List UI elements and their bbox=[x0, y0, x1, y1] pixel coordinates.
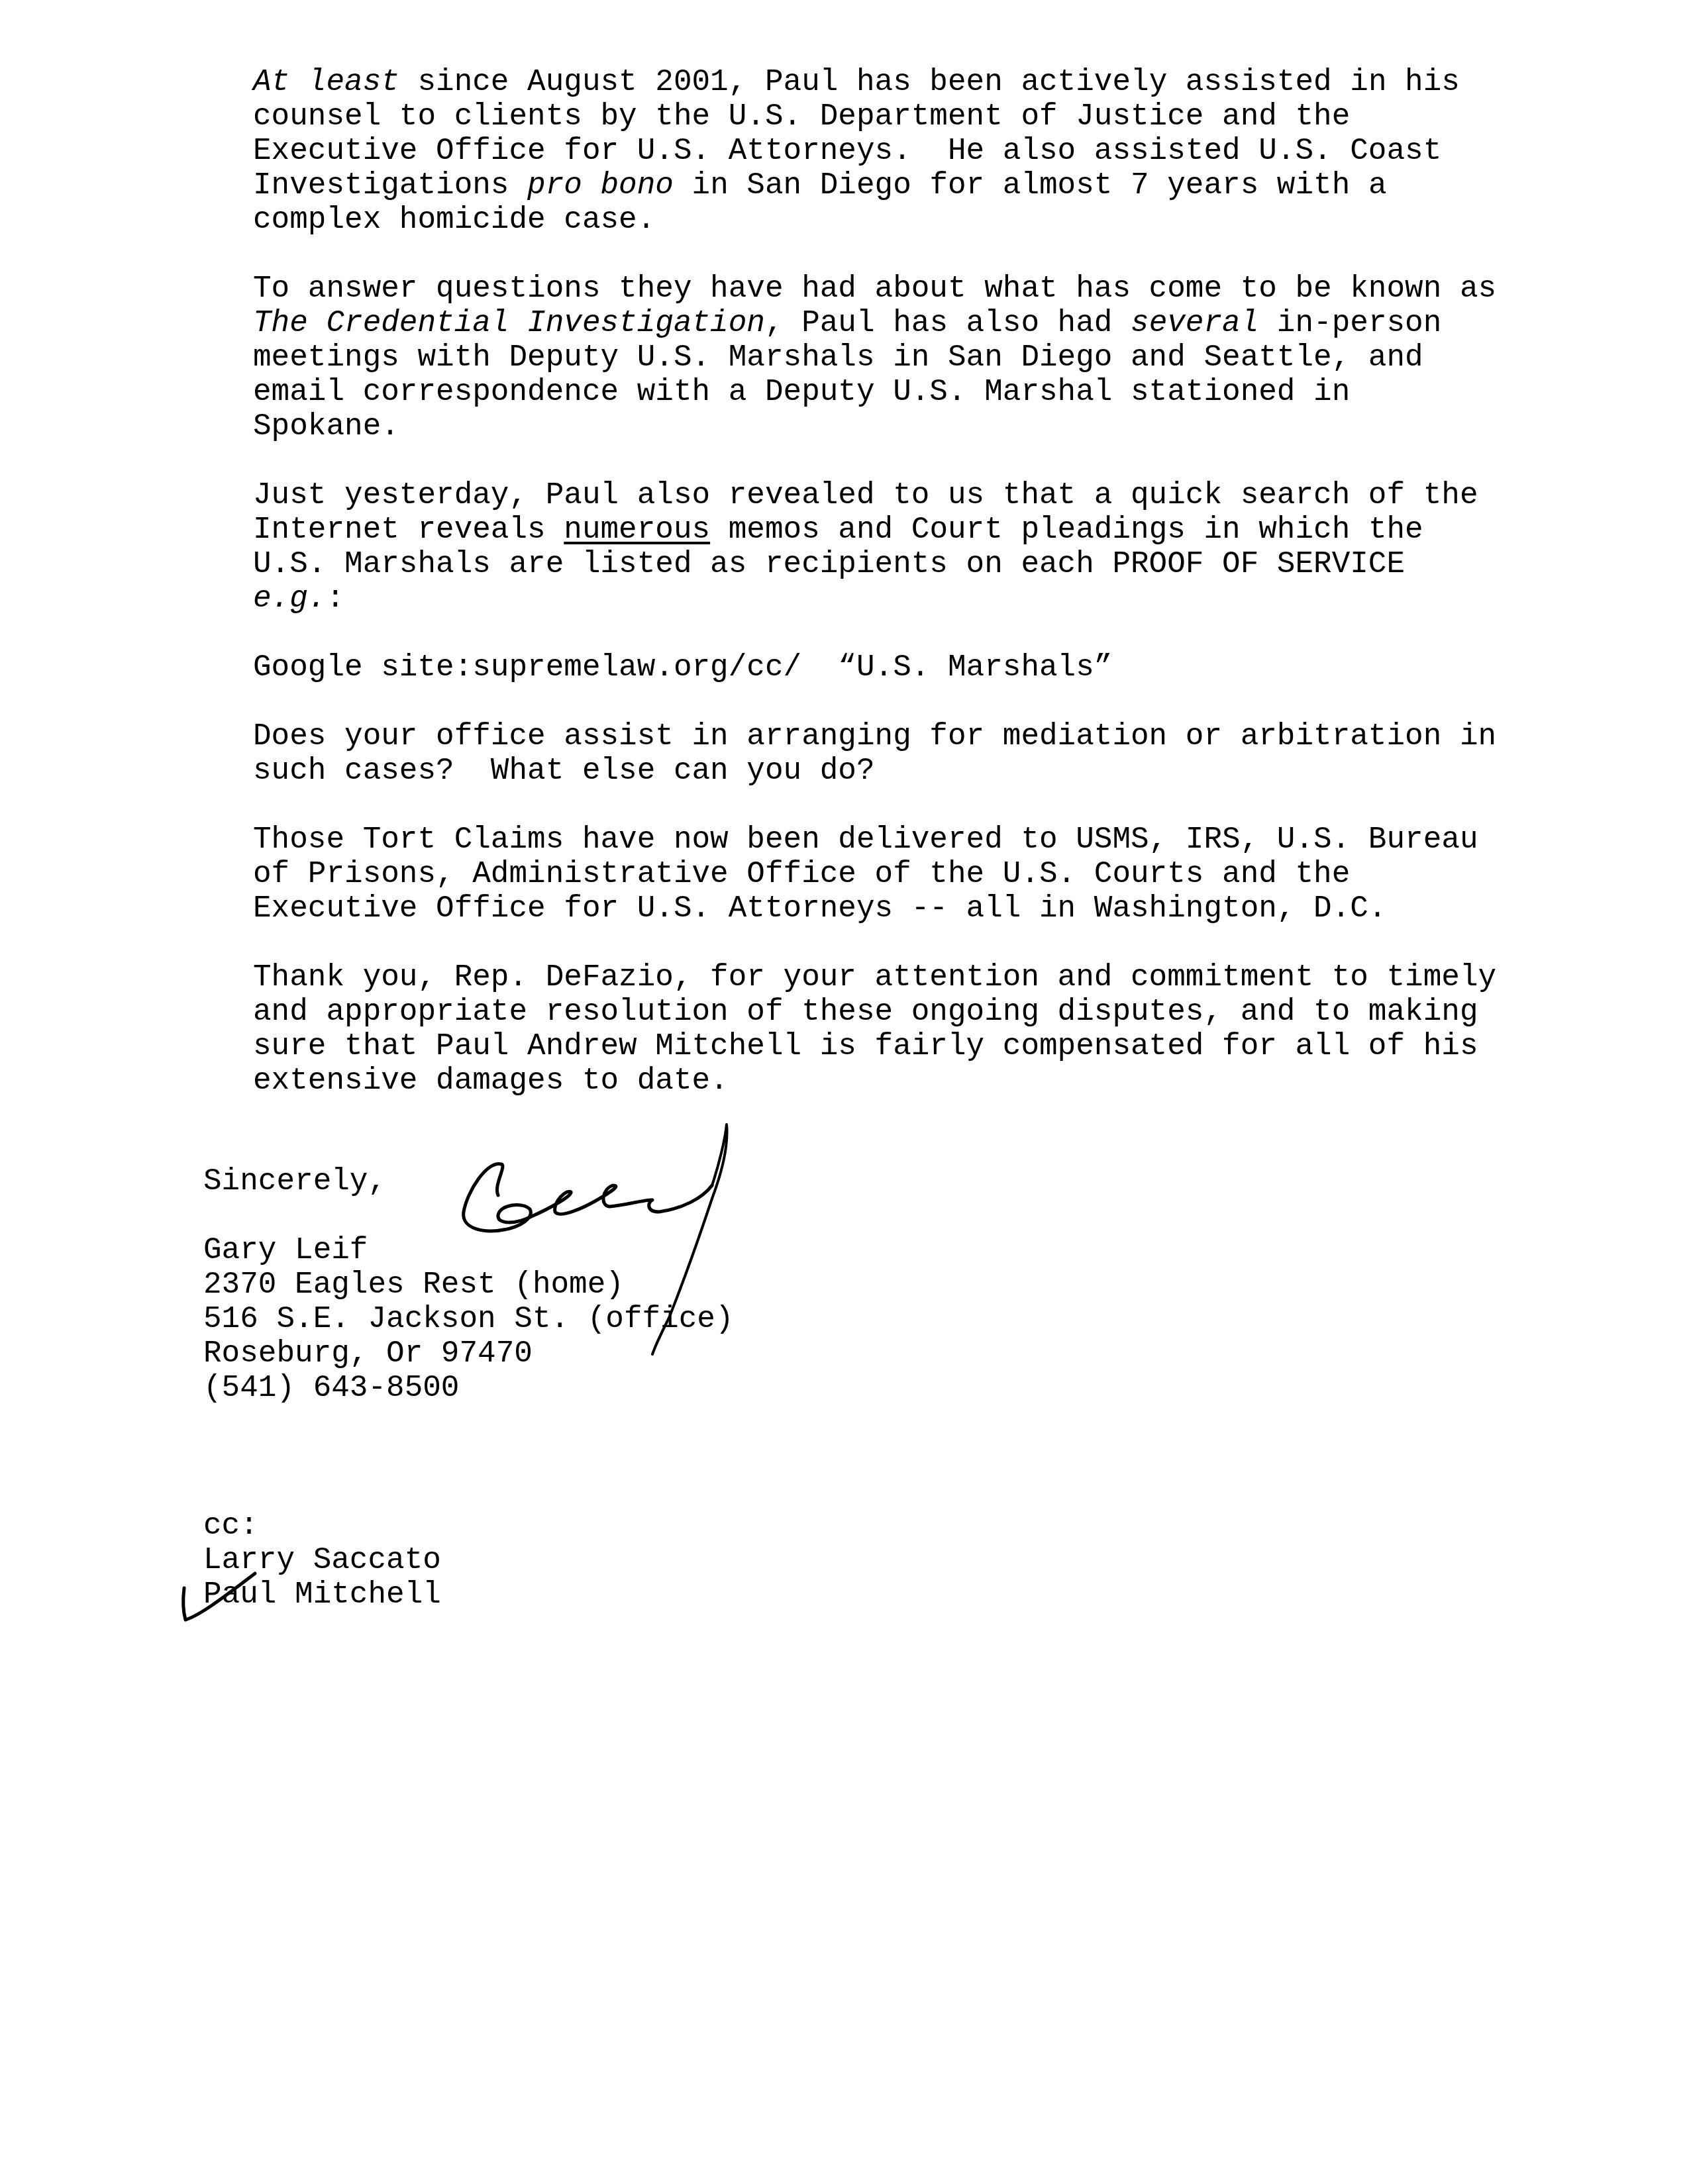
sender-city-state-zip: Roseburg, Or 97470 bbox=[203, 1336, 734, 1371]
closing-text: Sincerely, bbox=[203, 1164, 386, 1199]
text-line: Google site:supremelaw.org/cc/ “U.S. Mar… bbox=[253, 650, 1511, 685]
letter-page: At least since August 2001, Paul has bee… bbox=[0, 0, 1689, 2184]
cc-block: cc: Larry Saccato Paul Mitchell bbox=[203, 1509, 441, 1612]
text: email correspondence with a Deputy U.S. … bbox=[253, 375, 1350, 409]
letter-body: At least since August 2001, Paul has bee… bbox=[253, 65, 1511, 1132]
text-line: Investigations pro bono in San Diego for… bbox=[253, 168, 1511, 203]
italic-text: pro bono bbox=[527, 168, 674, 203]
sender-name: Gary Leif bbox=[203, 1233, 734, 1267]
text: Internet reveals bbox=[253, 513, 564, 547]
text-line: To answer questions they have had about … bbox=[253, 272, 1511, 306]
text: : bbox=[326, 581, 344, 616]
text: U.S. Marshals are listed as recipients o… bbox=[253, 547, 1405, 581]
sender-office-address: 516 S.E. Jackson St. (office) bbox=[203, 1302, 734, 1336]
text-line: Executive Office for U.S. Attorneys -- a… bbox=[253, 891, 1511, 926]
text: Spokane. bbox=[253, 409, 399, 444]
text: and appropriate resolution of these ongo… bbox=[253, 995, 1478, 1029]
text-line: counsel to clients by the U.S. Departmen… bbox=[253, 99, 1511, 134]
text: Executive Office for U.S. Attorneys -- a… bbox=[253, 891, 1386, 926]
paragraph: Google site:supremelaw.org/cc/ “U.S. Mar… bbox=[253, 650, 1511, 685]
text-line: sure that Paul Andrew Mitchell is fairly… bbox=[253, 1029, 1511, 1064]
italic-text: At least bbox=[253, 65, 399, 99]
text-line: e.g.: bbox=[253, 581, 1511, 616]
text: Those Tort Claims have now been delivere… bbox=[253, 822, 1478, 857]
text-line: of Prisons, Administrative Office of the… bbox=[253, 857, 1511, 891]
text: extensive damages to date. bbox=[253, 1064, 729, 1098]
text: in-person bbox=[1258, 306, 1441, 340]
text-line: Thank you, Rep. DeFazio, for your attent… bbox=[253, 960, 1511, 995]
sender-phone: (541) 643-8500 bbox=[203, 1371, 734, 1405]
italic-text: The Credential Investigation bbox=[253, 306, 765, 340]
text-line: Spokane. bbox=[253, 409, 1511, 444]
text-line: The Credential Investigation, Paul has a… bbox=[253, 306, 1511, 340]
italic-text: several bbox=[1131, 306, 1258, 340]
text-line: such cases? What else can you do? bbox=[253, 754, 1511, 788]
text-line: and appropriate resolution of these ongo… bbox=[253, 995, 1511, 1029]
text: Google site:supremelaw.org/cc/ “U.S. Mar… bbox=[253, 650, 1112, 685]
text-line: email correspondence with a Deputy U.S. … bbox=[253, 375, 1511, 409]
text-line: meetings with Deputy U.S. Marshals in Sa… bbox=[253, 340, 1511, 375]
text-line: extensive damages to date. bbox=[253, 1064, 1511, 1098]
paragraph: To answer questions they have had about … bbox=[253, 272, 1511, 444]
closing: Sincerely, bbox=[203, 1164, 386, 1199]
text: Does your office assist in arranging for… bbox=[253, 719, 1496, 754]
sender-home-address: 2370 Eagles Rest (home) bbox=[203, 1267, 734, 1302]
underline-text: numerous bbox=[564, 513, 710, 547]
text: memos and Court pleadings in which the bbox=[710, 513, 1423, 547]
paragraph: At least since August 2001, Paul has bee… bbox=[253, 65, 1511, 237]
text-line: Does your office assist in arranging for… bbox=[253, 719, 1511, 754]
text-line: At least since August 2001, Paul has bee… bbox=[253, 65, 1511, 99]
text-line: U.S. Marshals are listed as recipients o… bbox=[253, 547, 1511, 581]
text-line: Just yesterday, Paul also revealed to us… bbox=[253, 478, 1511, 513]
text: of Prisons, Administrative Office of the… bbox=[253, 857, 1350, 891]
text: Just yesterday, Paul also revealed to us… bbox=[253, 478, 1478, 513]
text: complex homicide case. bbox=[253, 203, 655, 237]
text: Investigations bbox=[253, 168, 527, 203]
text: , Paul has also had bbox=[765, 306, 1131, 340]
sender-block: Gary Leif 2370 Eagles Rest (home) 516 S.… bbox=[203, 1233, 734, 1405]
text: in San Diego for almost 7 years with a bbox=[674, 168, 1387, 203]
text: since August 2001, Paul has been activel… bbox=[399, 65, 1460, 99]
cc-recipient: Larry Saccato bbox=[203, 1543, 441, 1577]
text: Thank you, Rep. DeFazio, for your attent… bbox=[253, 960, 1496, 995]
text: meetings with Deputy U.S. Marshals in Sa… bbox=[253, 340, 1423, 375]
text-line: complex homicide case. bbox=[253, 203, 1511, 237]
text: such cases? What else can you do? bbox=[253, 754, 875, 788]
text: sure that Paul Andrew Mitchell is fairly… bbox=[253, 1029, 1478, 1064]
text-line: Internet reveals numerous memos and Cour… bbox=[253, 513, 1511, 547]
text: To answer questions they have had about … bbox=[253, 272, 1496, 306]
paragraph: Thank you, Rep. DeFazio, for your attent… bbox=[253, 960, 1511, 1098]
paragraph: Just yesterday, Paul also revealed to us… bbox=[253, 478, 1511, 616]
text: counsel to clients by the U.S. Departmen… bbox=[253, 99, 1350, 134]
cc-label: cc: bbox=[203, 1509, 441, 1543]
paragraph: Does your office assist in arranging for… bbox=[253, 719, 1511, 788]
paragraph: Those Tort Claims have now been delivere… bbox=[253, 822, 1511, 926]
text: Executive Office for U.S. Attorneys. He … bbox=[253, 134, 1441, 168]
italic-text: e.g. bbox=[253, 581, 326, 616]
text-line: Executive Office for U.S. Attorneys. He … bbox=[253, 134, 1511, 168]
text-line: Those Tort Claims have now been delivere… bbox=[253, 822, 1511, 857]
cc-recipient: Paul Mitchell bbox=[203, 1577, 441, 1612]
